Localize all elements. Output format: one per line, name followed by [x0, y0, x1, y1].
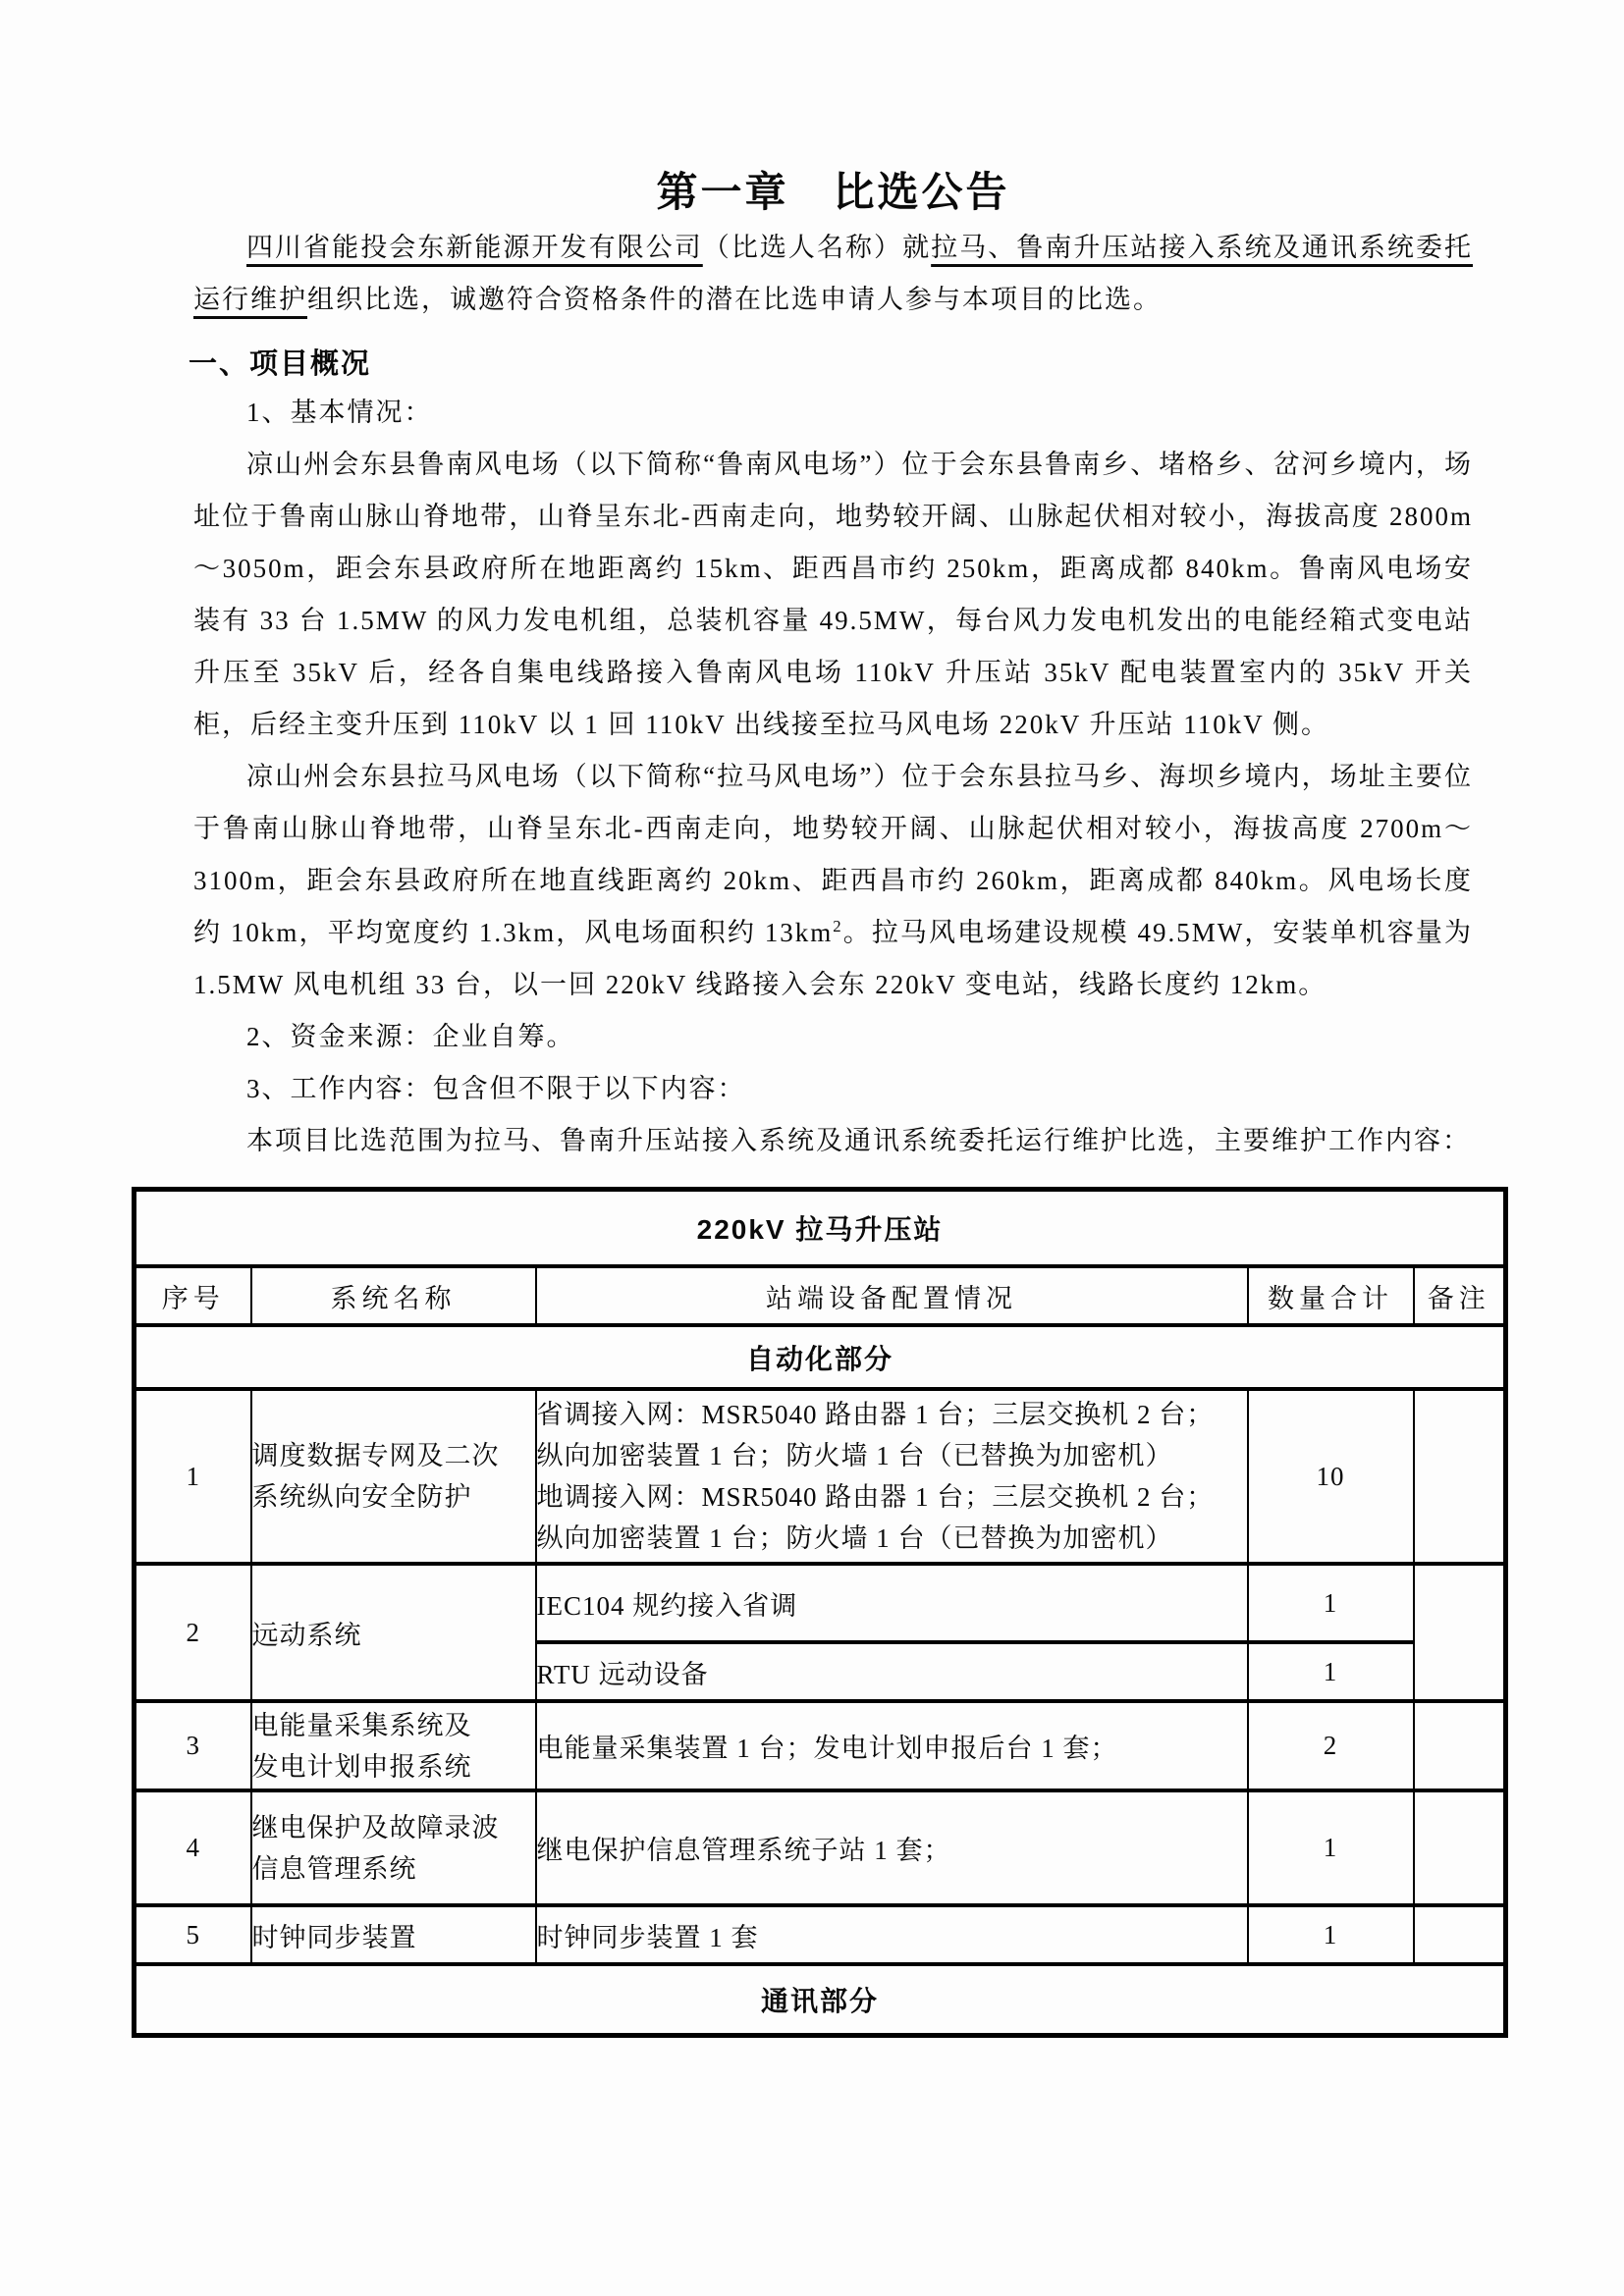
paragraph-lama-windfarm: 凉山州会东县拉马风电场（以下简称“拉马风电场”）位于会东县拉马乡、海坝乡境内，场… [193, 751, 1473, 1011]
row2b-config: RTU 远动设备 [536, 1642, 1248, 1701]
row4-remark [1414, 1790, 1506, 1905]
row5-qty: 1 [1248, 1905, 1414, 1964]
row3-config: 电能量采集装置 1 台；发电计划申报后台 1 套； [536, 1701, 1248, 1790]
row3-qty: 2 [1248, 1701, 1414, 1790]
row3-remark [1414, 1701, 1506, 1790]
square-superscript: 2 [833, 917, 842, 935]
row4-system-name: 继电保护及故障录波 信息管理系统 [251, 1790, 536, 1905]
row1-no: 1 [135, 1389, 251, 1564]
row4-no: 4 [135, 1790, 251, 1905]
section-row-automation: 自动化部分 [135, 1325, 1506, 1389]
document-page: 第一章 比选公告 四川省能投会东新能源开发有限公司（比选人名称）就拉马、鲁南升压… [0, 0, 1624, 2296]
row4-config: 继电保护信息管理系统子站 1 套； [536, 1790, 1248, 1905]
row2b-qty: 1 [1248, 1642, 1414, 1701]
equipment-table-wrapper: 220kV 拉马升压站 序号 系统名称 站端设备配置情况 数量合计 备注 自动化… [132, 1187, 1473, 2038]
row4-qty: 1 [1248, 1790, 1414, 1905]
row2-remark [1414, 1564, 1506, 1701]
row3-no: 3 [135, 1701, 251, 1790]
table-row-4: 4 继电保护及故障录波 信息管理系统 继电保护信息管理系统子站 1 套； 1 [135, 1790, 1506, 1905]
table-row-3: 3 电能量采集系统及 发电计划申报系统 电能量采集装置 1 台；发电计划申报后台… [135, 1701, 1506, 1790]
header-cell-config: 站端设备配置情况 [536, 1266, 1248, 1325]
intro-tail: 组织比选，诚邀符合资格条件的潜在比选申请人参与本项目的比选。 [307, 285, 1162, 314]
row1-remark [1414, 1389, 1506, 1564]
item-funding-source: 2、资金来源：企业自筹。 [193, 1011, 1473, 1063]
intro-paragraph: 四川省能投会东新能源开发有限公司（比选人名称）就拉马、鲁南升压站接入系统及通讯系… [193, 222, 1473, 326]
intro-middle: （比选人名称）就 [703, 233, 931, 262]
row2a-config: IEC104 规约接入省调 [536, 1564, 1248, 1642]
section-row-communication: 通讯部分 [135, 1964, 1506, 2036]
equipment-table: 220kV 拉马升压站 序号 系统名称 站端设备配置情况 数量合计 备注 自动化… [132, 1187, 1508, 2038]
row1-system-name: 调度数据专网及二次 系统纵向安全防护 [251, 1389, 536, 1564]
bidder-name: 四川省能投会东新能源开发有限公司 [246, 233, 703, 262]
row1-config: 省调接入网：MSR5040 路由器 1 台；三层交换机 2 台； 纵向加密装置 … [536, 1389, 1248, 1564]
row3-system-name: 电能量采集系统及 发电计划申报系统 [251, 1701, 536, 1790]
header-cell-qty: 数量合计 [1248, 1266, 1414, 1325]
paragraph-bid-scope: 本项目比选范围为拉马、鲁南升压站接入系统及通讯系统委托运行维护比选，主要维护工作… [193, 1115, 1473, 1167]
row2a-qty: 1 [1248, 1564, 1414, 1642]
table-title: 220kV 拉马升压站 [135, 1190, 1506, 1267]
row5-config: 时钟同步装置 1 套 [536, 1905, 1248, 1964]
header-cell-remark: 备注 [1414, 1266, 1506, 1325]
item-basic-info: 1、基本情况： [193, 387, 1473, 439]
row5-no: 5 [135, 1905, 251, 1964]
table-row-2a: 2 远动系统 IEC104 规约接入省调 1 [135, 1564, 1506, 1642]
row1-qty: 10 [1248, 1389, 1414, 1564]
row5-system-name: 时钟同步装置 [251, 1905, 536, 1964]
table-row-5: 5 时钟同步装置 时钟同步装置 1 套 1 [135, 1905, 1506, 1964]
item-work-content: 3、工作内容：包含但不限于以下内容： [193, 1063, 1473, 1115]
row5-remark [1414, 1905, 1506, 1964]
header-cell-system-name: 系统名称 [251, 1266, 536, 1325]
table-row-1: 1 调度数据专网及二次 系统纵向安全防护 省调接入网：MSR5040 路由器 1… [135, 1389, 1506, 1564]
row2-system-name: 远动系统 [251, 1564, 536, 1701]
section-heading-project-overview: 一、项目概况 [189, 342, 1473, 387]
chapter-title: 第一章 比选公告 [193, 163, 1473, 222]
header-cell-no: 序号 [135, 1266, 251, 1325]
row2-no: 2 [135, 1564, 251, 1701]
paragraph-lunan-windfarm: 凉山州会东县鲁南风电场（以下简称“鲁南风电场”）位于会东县鲁南乡、堵格乡、岔河乡… [193, 439, 1473, 751]
